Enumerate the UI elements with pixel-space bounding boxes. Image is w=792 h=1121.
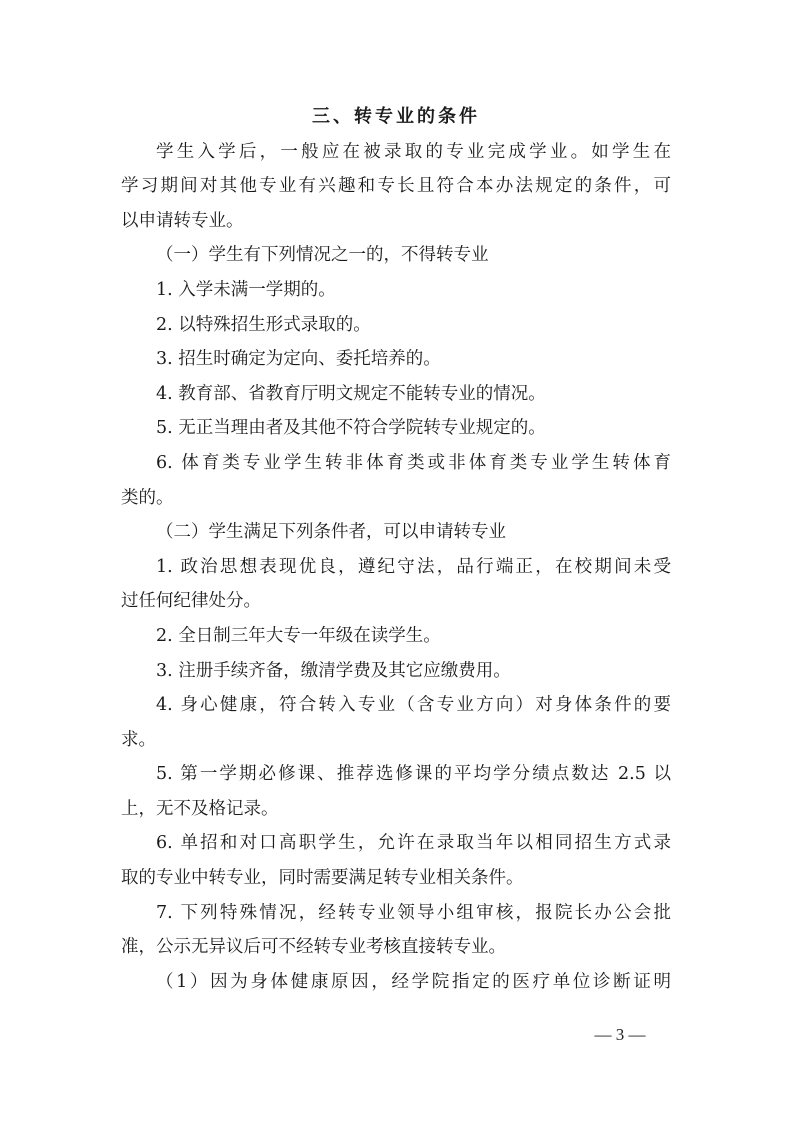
paragraph-line: （一）学生有下列情况之一的，不得转专业	[121, 238, 671, 273]
paragraph-line: 准，公示无异议后可不经转专业考核直接转专业。	[121, 930, 671, 965]
paragraph-line: 学习期间对其他专业有兴趣和专长且符合本办法规定的条件，可	[121, 169, 671, 204]
paragraph-line: 求。	[121, 723, 671, 758]
paragraph-line: 3. 招生时确定为定向、委托培养的。	[121, 342, 671, 377]
paragraph-line: 2. 全日制三年大专一年级在读学生。	[121, 619, 671, 654]
document-body: 学生入学后，一般应在被录取的专业完成学业。如学生在学习期间对其他专业有兴趣和专长…	[121, 135, 671, 1000]
paragraph-line: 4. 身心健康，符合转入专业（含专业方向）对身体条件的要	[121, 688, 671, 723]
paragraph-line: 以申请转专业。	[121, 204, 671, 239]
paragraph-line: 过任何纪律处分。	[121, 584, 671, 619]
paragraph-line: （1）因为身体健康原因，经学院指定的医疗单位诊断证明	[121, 965, 671, 1000]
paragraph-line: 上，无不及格记录。	[121, 792, 671, 827]
paragraph-line: 7. 下列特殊情况，经转专业领导小组审核，报院长办公会批	[121, 896, 671, 931]
section-title: 三、转专业的条件	[121, 100, 671, 135]
paragraph-line: 6. 单招和对口高职学生，允许在录取当年以相同招生方式录	[121, 826, 671, 861]
paragraph-line: 5. 第一学期必修课、推荐选修课的平均学分绩点数达 2.5 以	[121, 757, 671, 792]
paragraph-line: 1. 政治思想表现优良，遵纪守法，品行端正，在校期间未受	[121, 550, 671, 585]
paragraph-line: 6. 体育类专业学生转非体育类或非体育类专业学生转体育	[121, 446, 671, 481]
paragraph-line: 1. 入学未满一学期的。	[121, 273, 671, 308]
paragraph-line: 类的。	[121, 481, 671, 516]
paragraph-line: 5. 无正当理由者及其他不符合学院转专业规定的。	[121, 411, 671, 446]
paragraph-line: 3. 注册手续齐备，缴清学费及其它应缴费用。	[121, 654, 671, 689]
page-number: — 3 —	[588, 1022, 652, 1048]
paragraph-line: 2. 以特殊招生形式录取的。	[121, 308, 671, 343]
paragraph-line: 4. 教育部、省教育厅明文规定不能转专业的情况。	[121, 377, 671, 412]
paragraph-line: 取的专业中转专业，同时需要满足转专业相关条件。	[121, 861, 671, 896]
paragraph-line: 学生入学后，一般应在被录取的专业完成学业。如学生在	[121, 135, 671, 170]
document-page: 三、转专业的条件 学生入学后，一般应在被录取的专业完成学业。如学生在学习期间对其…	[121, 100, 671, 999]
paragraph-line: （二）学生满足下列条件者，可以申请转专业	[121, 515, 671, 550]
